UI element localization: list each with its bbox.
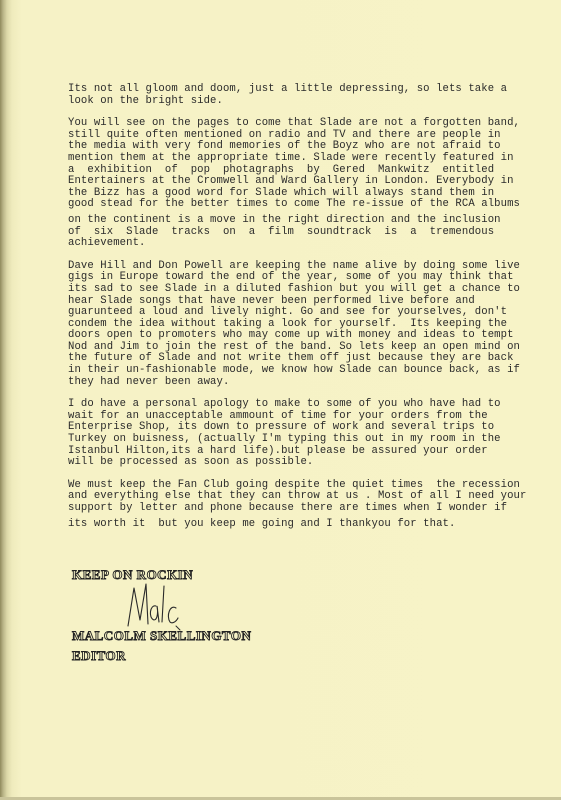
- text-line: Entertainers at the Cromwell and Ward Ga…: [68, 176, 528, 188]
- text-line: will be processed as soon as possible.: [68, 457, 528, 469]
- text-line: they had never been away.: [68, 377, 528, 389]
- text-line: mention them at the appropriate time. Sl…: [68, 153, 528, 165]
- paragraph: Dave Hill and Don Powell are keeping the…: [68, 261, 528, 389]
- text-line: guarunteed a loud and lively night. Go a…: [68, 307, 528, 319]
- author-name: MALCOLM SKELLINGTON: [72, 628, 251, 644]
- text-line: on the continent is a move in the right …: [68, 215, 528, 227]
- author-title: EDITOR: [72, 648, 126, 664]
- handwritten-signature: [124, 580, 184, 632]
- text-line: Its not all gloom and doom, just a littl…: [68, 84, 528, 96]
- editorial-body: Its not all gloom and doom, just a littl…: [68, 84, 528, 541]
- text-line: in their un-fashionable mode, we know ho…: [68, 365, 528, 377]
- text-line: good stead for the better times to come …: [68, 199, 528, 211]
- paragraph: I do have a personal apology to make to …: [68, 399, 528, 469]
- paragraph: Its not all gloom and doom, just a littl…: [68, 84, 528, 107]
- text-line: support by letter and phone because ther…: [68, 503, 528, 515]
- magazine-page: Its not all gloom and doom, just a littl…: [0, 0, 561, 800]
- text-line: look on the bright side.: [68, 96, 528, 108]
- text-line: its sad to see Slade in a diluted fashio…: [68, 284, 528, 296]
- text-line: its worth it but you keep me going and I…: [68, 519, 528, 531]
- paragraph: We must keep the Fan Club going despite …: [68, 480, 528, 530]
- text-line: Turkey on buisness, (actually I'm typing…: [68, 434, 528, 446]
- text-line: achievement.: [68, 238, 528, 250]
- paragraph: You will see on the pages to come that S…: [68, 118, 528, 250]
